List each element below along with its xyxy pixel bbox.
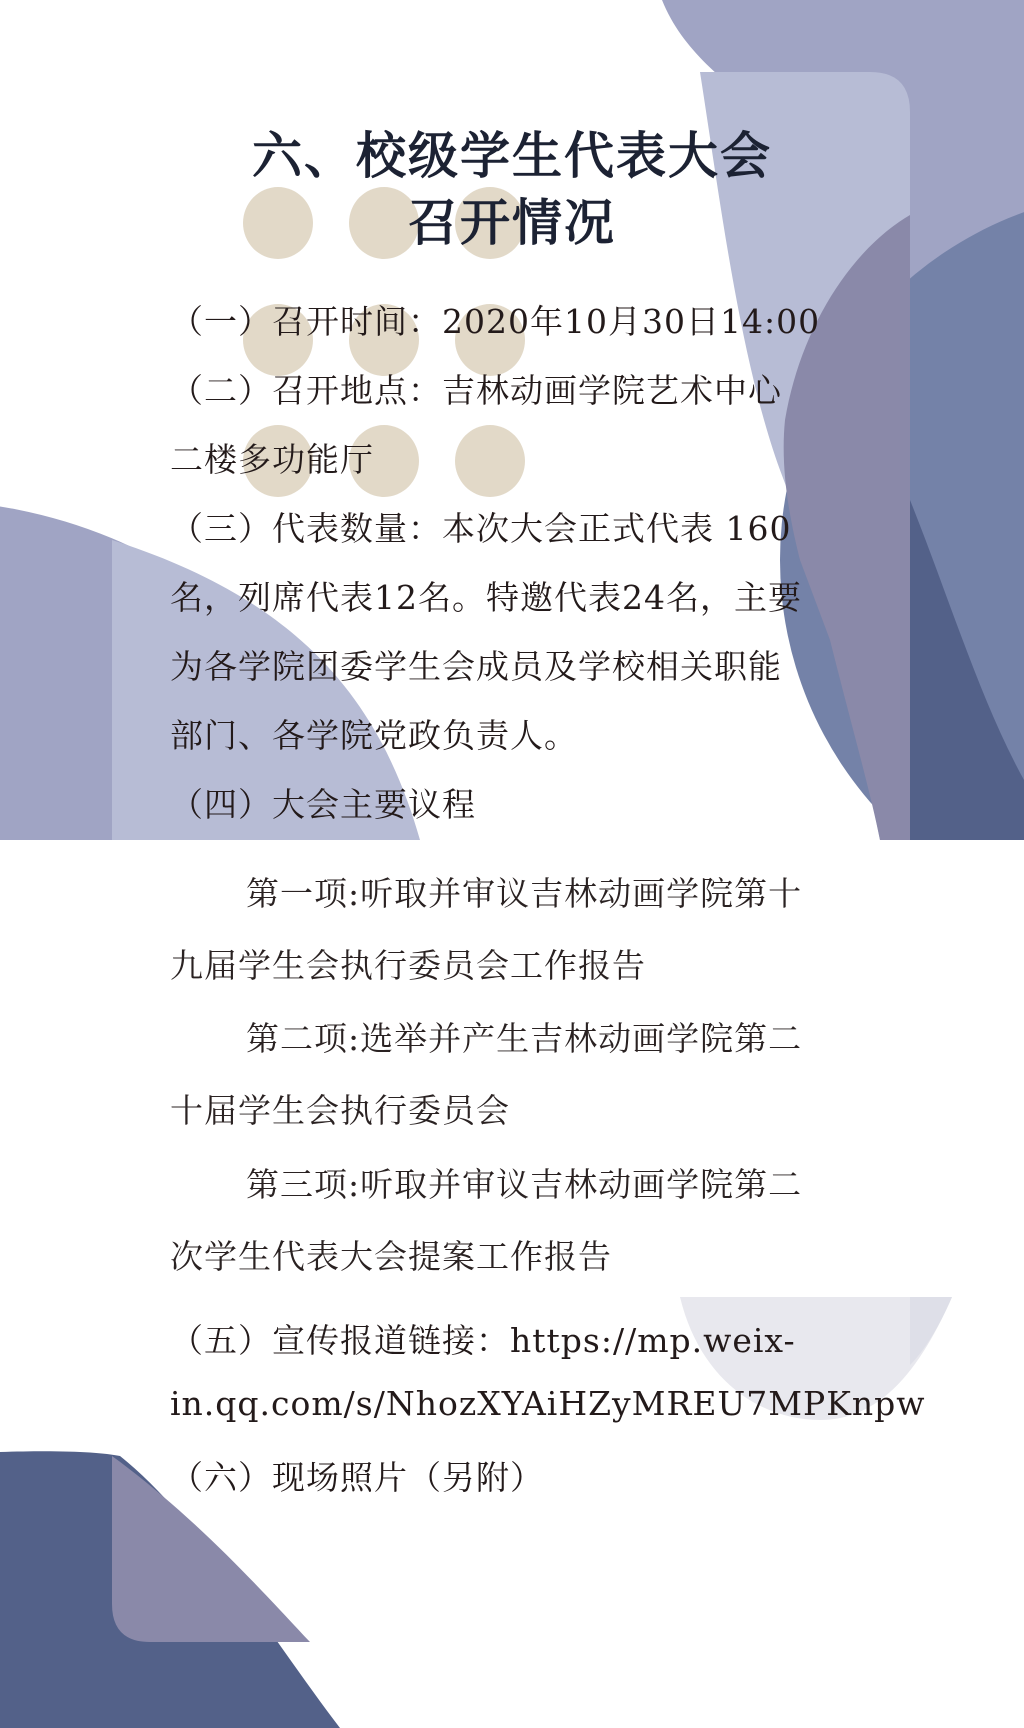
agenda-item-3-cont: 次学生代表大会提案工作报告	[170, 1231, 612, 1278]
agenda-item-1-cont: 九届学生会执行委员会工作报告	[170, 940, 646, 987]
meeting-place-cont: 二楼多功能厅	[170, 434, 374, 481]
report-link-cont[interactable]: in.qq.com/s/NhozXYAiHZyMREU7MPKnpw	[170, 1384, 926, 1423]
agenda-heading: （四）大会主要议程	[170, 779, 476, 826]
representative-count-cont-2: 为各学院团委学生会成员及学校相关职能	[170, 641, 782, 688]
meeting-place: （二）召开地点：吉林动画学院艺术中心	[170, 365, 782, 412]
agenda-item-2: 第二项:选举并产生吉林动画学院第二	[246, 1013, 802, 1060]
representative-count-cont-3: 部门、各学院党政负责人。	[170, 710, 578, 757]
meeting-time: （一）召开时间：2020年10月30日14:00	[170, 296, 820, 343]
report-link[interactable]: （五）宣传报道链接：https://mp.weix-	[170, 1315, 796, 1362]
representative-count: （三）代表数量：本次大会正式代表 160	[170, 503, 791, 550]
page-title-line-1: 六、校级学生代表大会	[0, 116, 1024, 188]
agenda-item-2-cont: 十届学生会执行委员会	[170, 1085, 510, 1132]
site-photos: （六）现场照片（另附）	[170, 1452, 544, 1499]
page-title-line-2: 召开情况	[0, 183, 1024, 255]
agenda-item-3: 第三项:听取并审议吉林动画学院第二	[246, 1159, 802, 1206]
representative-count-cont-1: 名，列席代表12名。特邀代表24名，主要	[170, 572, 802, 619]
agenda-item-1: 第一项:听取并审议吉林动画学院第十	[246, 868, 802, 915]
